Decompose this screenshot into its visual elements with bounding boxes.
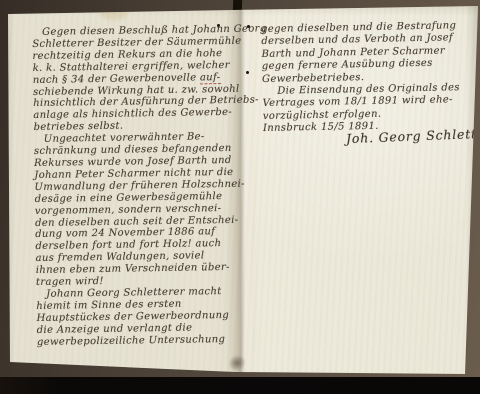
photo-of-letter: Gegen diesen Beschluß hat Johann GeorgSc… xyxy=(0,0,480,394)
bottom-mat xyxy=(0,377,480,394)
paper-edge-shading xyxy=(0,0,480,394)
letter-sheet: Gegen diesen Beschluß hat Johann GeorgSc… xyxy=(0,0,480,394)
